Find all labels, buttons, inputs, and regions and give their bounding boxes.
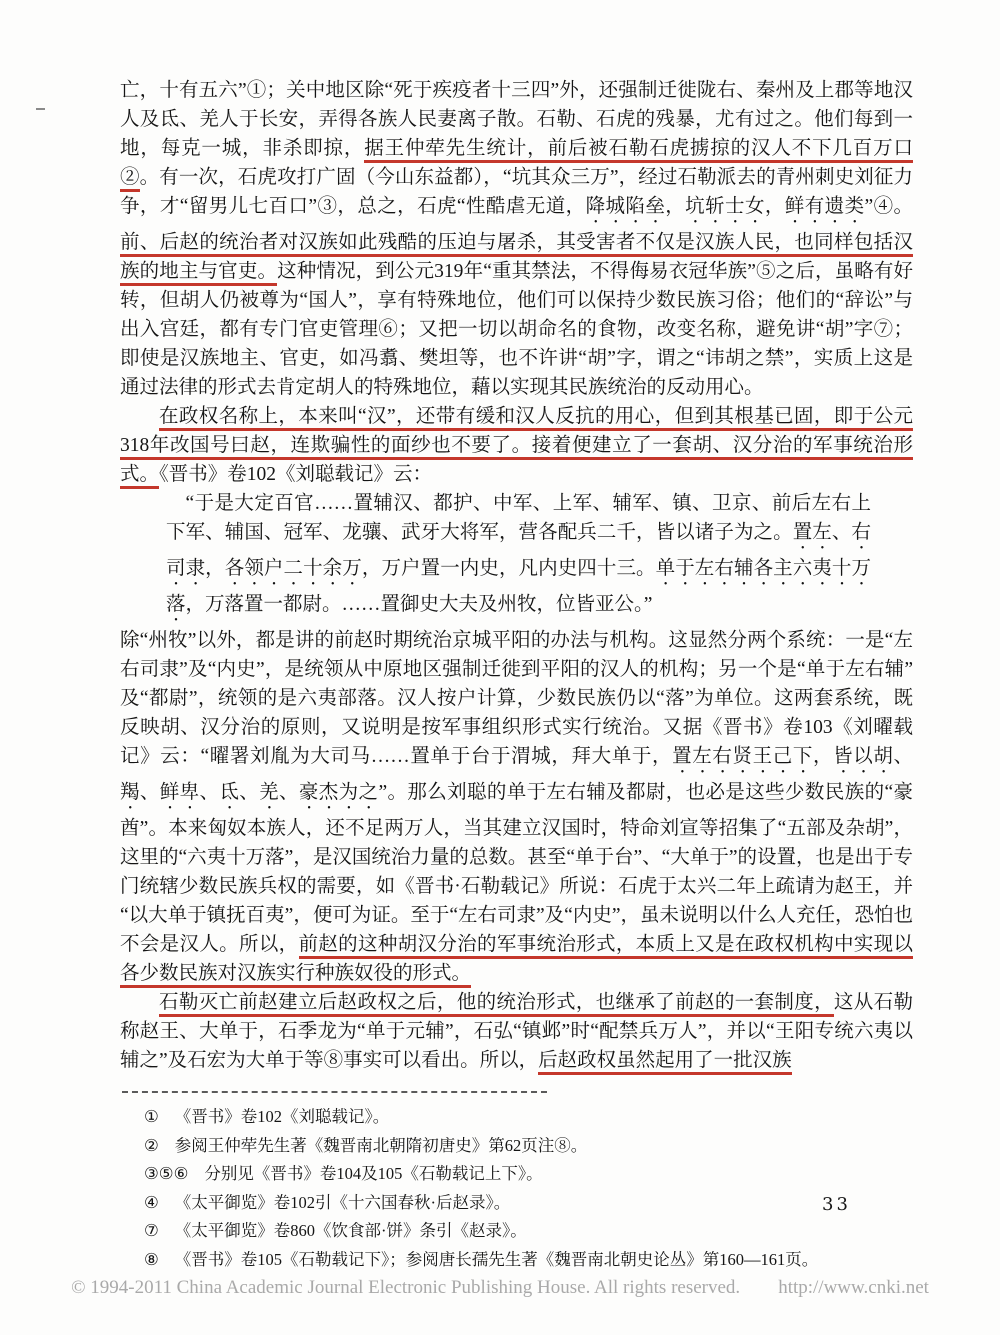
paragraph: 石勒灭亡前赵建立后赵政权之后，他的统治形式，也继承了前赵的一套制度，这从石勒称赵… xyxy=(120,988,913,1075)
footnote-text: 分别见《晋书》卷104及105《石勒载记上下》。 xyxy=(204,1160,913,1189)
footnote-item: ④《太平御览》卷102引《十六国春秋·后赵录》。 xyxy=(144,1189,913,1218)
footnote-item: ⑧《晋书》卷105《石勒载记下》；参阅唐长孺先生著《魏晋南北朝史论丛》第160—… xyxy=(144,1246,913,1275)
footnote-text: 参阅王仲荦先生著《魏晋南北朝隋初唐史》第62页注⑧。 xyxy=(175,1132,913,1161)
margin-mark xyxy=(36,108,45,110)
text-segment: “于是大定百官……置辅汉、都护、中军、上军、辅军、镇、卫京、前后左右上下军、辅国… xyxy=(166,493,871,543)
footnote-marker: ⑧ xyxy=(144,1246,159,1275)
text-segment: ，万落置一都尉。……置御史大夫及州牧，位皆亚公。” xyxy=(186,594,653,615)
emphasis-dotted-text: 降城陷垒，坑斩士女，鲜有遗类 xyxy=(586,196,865,217)
footnote-divider xyxy=(122,1091,547,1093)
footnote-item: ①《晋书》卷102《刘聪载记》。 xyxy=(144,1103,913,1132)
footnote-text: 《晋书》卷102《刘聪载记》。 xyxy=(175,1103,913,1132)
footer-url[interactable]: http://www.cnki.net xyxy=(778,1277,929,1299)
paragraph: 除“州牧”以外，都是讲的前赵时期统治京城平阳的办法与机构。这显然分两个系统：一是… xyxy=(120,626,913,988)
footnote-list: ①《晋书》卷102《刘聪载记》。②参阅王仲荦先生著《魏晋南北朝隋初唐史》第62页… xyxy=(120,1103,913,1274)
footnote-item: ②参阅王仲荦先生著《魏晋南北朝隋初唐史》第62页注⑧。 xyxy=(144,1132,913,1161)
footnote-text: 《太平御览》卷860《饮食部·饼》条引《赵录》。 xyxy=(175,1217,913,1246)
text-segment: 《晋书》卷102《刘聪载记》云： xyxy=(159,464,432,485)
footnote-marker: ① xyxy=(144,1103,159,1132)
copyright-text: © 1994-2011 China Academic Journal Elect… xyxy=(71,1277,740,1299)
document-body: 亡，十有五六”①；关中地区除“死于疾疫者十三四”外，还强制迁徙陇右、秦州及上郡等… xyxy=(120,76,913,1274)
footnote-marker: ⑦ xyxy=(144,1217,159,1246)
text-segment: ，万户置一内史，凡内史四十三。 xyxy=(362,558,656,579)
footnote-item: ③⑤⑥分别见《晋书》卷104及105《石勒载记上下》。 xyxy=(144,1160,913,1189)
text-segment: ”④。 xyxy=(865,196,914,217)
red-underlined-text: 石勒灭亡前赵建立后赵政权之后，他的统治形式，也继承了前赵的一套制度， xyxy=(159,992,834,1017)
quote-paragraph: “于是大定百官……置辅汉、都护、中军、上军、辅军、镇、卫京、前后左右上下军、辅国… xyxy=(166,489,871,626)
scanned-document-page: 亡，十有五六”①；关中地区除“死于疾疫者十三四”外，还强制迁徙陇右、秦州及上郡等… xyxy=(0,0,1000,1335)
footnote-marker: ④ xyxy=(144,1189,159,1218)
footnote-item: ⑦《太平御览》卷860《饮食部·饼》条引《赵录》。 xyxy=(144,1217,913,1246)
red-underlined-text: 后赵政权虽然起用了一批汉族 xyxy=(538,1050,792,1075)
footnote-text: 《太平御览》卷102引《十六国春秋·后赵录》。 xyxy=(175,1189,913,1218)
paragraph: 在政权名称上，本来叫“汉”，还带有缓和汉人反抗的用心，但到其根基已固，即于公元3… xyxy=(120,402,913,489)
scan-footer: © 1994-2011 China Academic Journal Elect… xyxy=(0,1277,1000,1299)
paragraph: 亡，十有五六”①；关中地区除“死于疾疫者十三四”外，还强制迁徙陇右、秦州及上郡等… xyxy=(120,76,913,402)
page-number: 33 xyxy=(822,1194,851,1215)
footnote-marker: ③⑤⑥ xyxy=(144,1160,188,1189)
text-segment: ”。那么刘聪的单于左右辅及都尉，也必是这些少数民族的“豪酋”。本来匈奴本族人，还… xyxy=(120,782,913,955)
footnote-marker: ② xyxy=(144,1132,159,1161)
footnote-text: 《晋书》卷105《石勒载记下》；参阅唐长孺先生著《魏晋南北朝史论丛》第160—1… xyxy=(175,1246,913,1275)
